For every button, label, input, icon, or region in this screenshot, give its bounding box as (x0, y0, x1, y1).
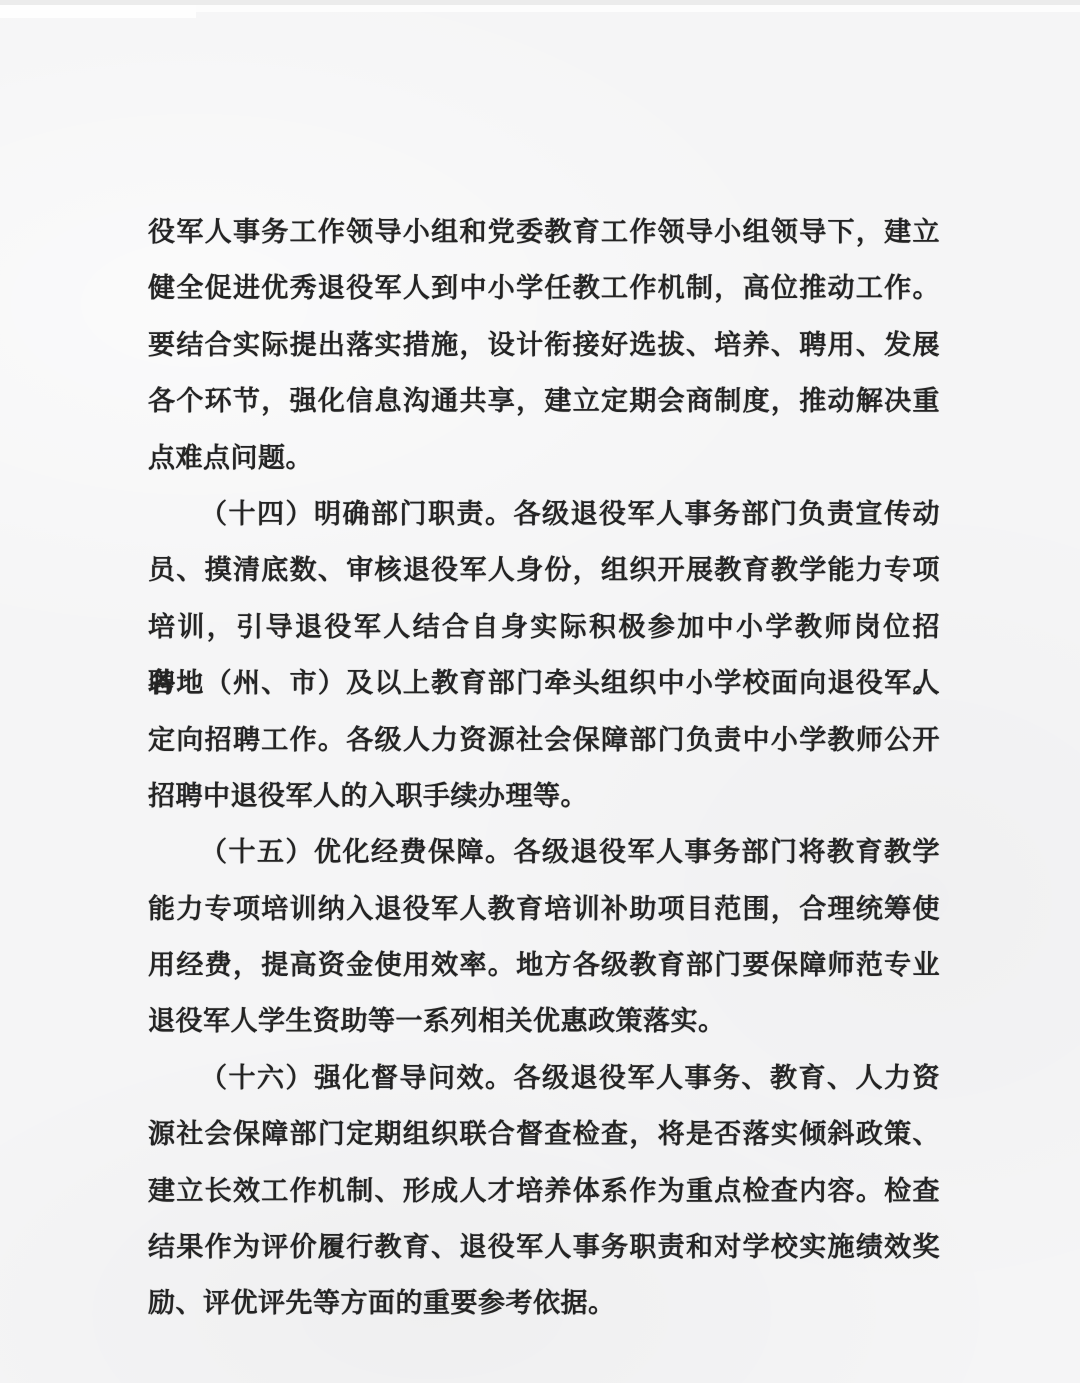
text-line: 点难点问题。 (148, 430, 940, 486)
text-line: 能力专项培训纳入退役军人教育培训补助项目范围，合理统筹使 (148, 881, 940, 937)
text-line: （十五）优化经费保障。各级退役军人事务部门将教育教学 (148, 824, 940, 880)
text-line: （十六）强化督导问效。各级退役军人事务、教育、人力资 (148, 1050, 940, 1106)
text-line: 健全促进优秀退役军人到中小学任教工作机制，高位推动工作。 (148, 260, 940, 316)
text-line: 退役军人学生资助等一系列相关优惠政策落实。 (148, 993, 940, 1049)
text-line: 建立长效工作机制、形成人才培养体系作为重点检查内容。检查 (148, 1163, 940, 1219)
text-line: 用经费，提高资金使用效率。地方各级教育部门要保障师范专业 (148, 937, 940, 993)
scanned-document-page: 役军人事务工作领导小组和党委教育工作领导小组领导下，建立健全促进优秀退役军人到中… (0, 0, 1080, 1383)
text-line: 励、评优评先等方面的重要参考依据。 (148, 1275, 940, 1331)
document-body: 役军人事务工作领导小组和党委教育工作领导小组领导下，建立健全促进优秀退役军人到中… (148, 204, 940, 1332)
text-line: （十四）明确部门职责。各级退役军人事务部门负责宣传动 (148, 486, 940, 542)
text-line: 各地（州、市）及以上教育部门牵头组织中小学校面向退役军人 (148, 655, 940, 711)
text-line: 定向招聘工作。各级人力资源社会保障部门负责中小学教师公开 (148, 712, 940, 768)
scan-top-left-white-band (0, 5, 196, 18)
text-line: 培训，引导退役军人结合自身实际积极参加中小学教师岗位招聘。 (148, 599, 940, 655)
text-line: 招聘中退役军人的入职手续办理等。 (148, 768, 940, 824)
text-line: 要结合实际提出落实措施，设计衔接好选拔、培养、聘用、发展 (148, 317, 940, 373)
text-line: 员、摸清底数、审核退役军人身份，组织开展教育教学能力专项 (148, 542, 940, 598)
text-line: 役军人事务工作领导小组和党委教育工作领导小组领导下，建立 (148, 204, 940, 260)
text-line: 各个环节，强化信息沟通共享，建立定期会商制度，推动解决重 (148, 373, 940, 429)
text-line: 源社会保障部门定期组织联合督查检查，将是否落实倾斜政策、 (148, 1106, 940, 1162)
text-line: 结果作为评价履行教育、退役军人事务职责和对学校实施绩效奖 (148, 1219, 940, 1275)
